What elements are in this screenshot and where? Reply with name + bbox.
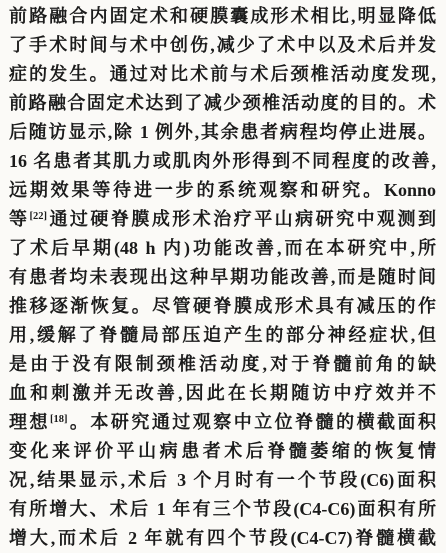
text-line: 前路融合固定术达到了减少颈椎活动度的目的。术 <box>9 89 436 118</box>
citation-ref: [18] <box>50 414 68 425</box>
text-line: 增大,而术后 2 年就有四个节段(C4-C7)脊髓横截 <box>9 524 436 553</box>
text-line: 血和刺激并无改善,因此在长期随访中疗效并不 <box>9 379 436 408</box>
text-segment: 后随访显示,除 1 例外,其余患者病程均停止进展。 <box>9 122 436 142</box>
text-line: 了术后早期(48 h 内)功能改善,而在本研究中,所 <box>9 234 436 263</box>
text-segment: 。本研究通过观察中立位脊髓的横截面积 <box>67 412 436 432</box>
text-block: 前路融合内固定术和硬膜囊成形术相比,明显降低了手术时间与术中创伤,减少了术中以及… <box>9 2 436 553</box>
text-segment: 是由于没有限制颈椎活动度,对于脊髓前角的缺 <box>9 354 436 374</box>
text-line: 变化来评价平山病患者术后脊髓萎缩的恢复情 <box>9 437 436 466</box>
text-line: 有患者均未表现出这种早期功能改善,而是随时间 <box>9 263 436 292</box>
text-segment: 等 <box>9 209 29 229</box>
scanned-paper-page: { "colors": { "background": "#fbfaf7", "… <box>0 0 446 553</box>
text-segment: 变化来评价平山病患者术后脊髓萎缩的恢复情 <box>9 441 436 461</box>
text-segment: 远期效果等待进一步的系统观察和研究。Konno <box>9 180 436 200</box>
text-line: 远期效果等待进一步的系统观察和研究。Konno <box>9 176 436 205</box>
text-segment: 有患者均未表现出这种早期功能改善,而是随时间 <box>9 267 436 287</box>
text-line: 况,结果显示,术后 3 个月时有一个节段(C6)面积 <box>9 466 436 495</box>
text-line: 用,缓解了脊髓局部压迫产生的部分神经症状,但 <box>9 321 436 350</box>
text-segment: 16 名患者其肌力或肌肉外形得到不同程度的改善, <box>9 151 436 171</box>
text-segment: 通过硬脊膜成形术治疗平山病研究中观测到 <box>47 209 436 229</box>
text-line: 症的发生。通过对比术前与术后颈椎活动度发现, <box>9 60 436 89</box>
text-segment: 增大,而术后 2 年就有四个节段(C4-C7)脊髓横截 <box>9 528 436 548</box>
text-line: 了手术时间与术中创伤,减少了术中以及术后并发 <box>9 31 436 60</box>
text-segment: 前路融合内固定术和硬膜囊成形术相比,明显降低 <box>9 6 436 26</box>
text-segment: 前路融合固定术达到了减少颈椎活动度的目的。术 <box>9 93 436 113</box>
text-line: 是由于没有限制颈椎活动度,对于脊髓前角的缺 <box>9 350 436 379</box>
text-segment: 症的发生。通过对比术前与术后颈椎活动度发现, <box>9 64 436 84</box>
text-line: 等[22]通过硬脊膜成形术治疗平山病研究中观测到 <box>9 205 436 234</box>
text-line: 推移逐渐恢复。尽管硬脊膜成形术具有减压的作 <box>9 292 436 321</box>
text-line: 16 名患者其肌力或肌肉外形得到不同程度的改善, <box>9 147 436 176</box>
text-line: 前路融合内固定术和硬膜囊成形术相比,明显降低 <box>9 2 436 31</box>
text-segment: 推移逐渐恢复。尽管硬脊膜成形术具有减压的作 <box>9 296 436 316</box>
text-line: 后随访显示,除 1 例外,其余患者病程均停止进展。 <box>9 118 436 147</box>
text-segment: 了手术时间与术中创伤,减少了术中以及术后并发 <box>9 35 436 55</box>
text-segment: 血和刺激并无改善,因此在长期随访中疗效并不 <box>9 383 436 403</box>
text-segment: 理想 <box>9 412 50 432</box>
paper-page: 前路融合内固定术和硬膜囊成形术相比,明显降低了手术时间与术中创伤,减少了术中以及… <box>0 0 446 553</box>
text-segment: 有所增大、术后 1 年有三个节段(C4-C6)面积有所 <box>9 499 436 519</box>
text-line: 理想[18]。本研究通过观察中立位脊髓的横截面积 <box>9 408 436 437</box>
text-segment: 况,结果显示,术后 3 个月时有一个节段(C6)面积 <box>9 470 436 490</box>
text-segment: 了术后早期(48 h 内)功能改善,而在本研究中,所 <box>9 238 436 258</box>
text-line: 有所增大、术后 1 年有三个节段(C4-C6)面积有所 <box>9 495 436 524</box>
text-segment: 用,缓解了脊髓局部压迫产生的部分神经症状,但 <box>9 325 436 345</box>
citation-ref: [22] <box>29 211 47 222</box>
